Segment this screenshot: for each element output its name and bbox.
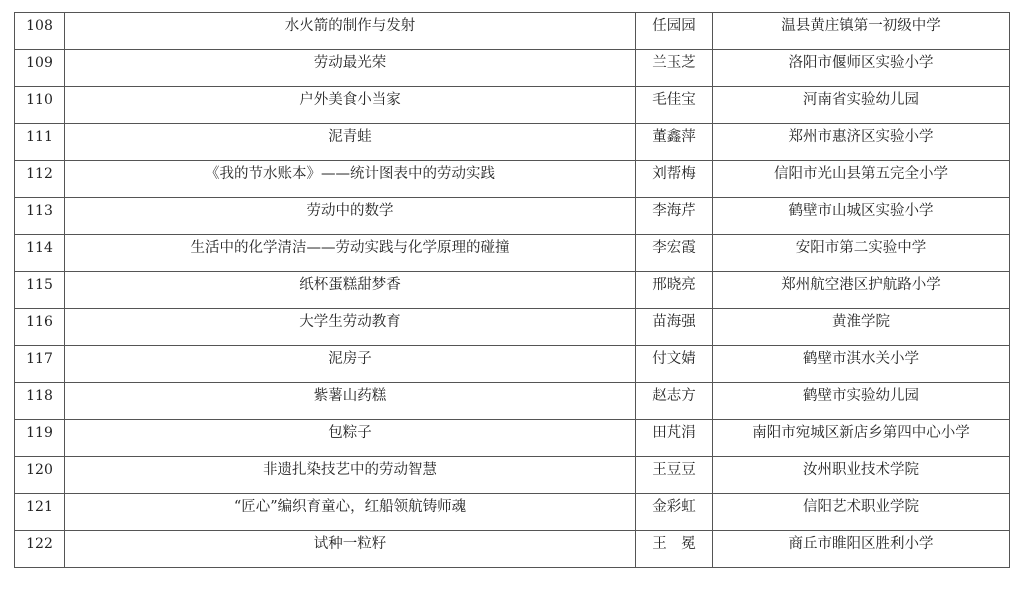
work-title: 水火箭的制作与发射	[65, 13, 636, 50]
work-title: 劳动最光荣	[65, 50, 636, 87]
work-title: “匠心”编织育童心，红船领航铸师魂	[65, 494, 636, 531]
row-number: 116	[15, 309, 65, 346]
work-title: 试种一粒籽	[65, 531, 636, 568]
row-number: 119	[15, 420, 65, 457]
author-name: 兰玉芝	[636, 50, 713, 87]
author-name: 毛佳宝	[636, 87, 713, 124]
table-row: 114 生活中的化学清洁——劳动实践与化学原理的碰撞 李宏霞 安阳市第二实验中学	[15, 235, 1010, 272]
organization: 郑州市惠济区实验小学	[713, 124, 1010, 161]
table-row: 119 包粽子 田芃涓 南阳市宛城区新店乡第四中心小学	[15, 420, 1010, 457]
row-number: 120	[15, 457, 65, 494]
row-number: 109	[15, 50, 65, 87]
author-name: 李海芹	[636, 198, 713, 235]
organization: 信阳市光山县第五完全小学	[713, 161, 1010, 198]
row-number: 108	[15, 13, 65, 50]
work-title: 泥青蛙	[65, 124, 636, 161]
author-name: 王 冕	[636, 531, 713, 568]
table-row: 111 泥青蛙 董鑫萍 郑州市惠济区实验小学	[15, 124, 1010, 161]
row-number: 114	[15, 235, 65, 272]
work-title: 非遗扎染技艺中的劳动智慧	[65, 457, 636, 494]
award-list-table: 108 水火箭的制作与发射 任园园 温县黄庄镇第一初级中学 109 劳动最光荣 …	[14, 12, 1010, 568]
organization: 鹤壁市淇水关小学	[713, 346, 1010, 383]
table-row: 120 非遗扎染技艺中的劳动智慧 王豆豆 汝州职业技术学院	[15, 457, 1010, 494]
author-name: 苗海强	[636, 309, 713, 346]
table-row: 122 试种一粒籽 王 冕 商丘市睢阳区胜利小学	[15, 531, 1010, 568]
row-number: 113	[15, 198, 65, 235]
organization: 温县黄庄镇第一初级中学	[713, 13, 1010, 50]
organization: 商丘市睢阳区胜利小学	[713, 531, 1010, 568]
organization: 郑州航空港区护航路小学	[713, 272, 1010, 309]
author-name: 付文婧	[636, 346, 713, 383]
work-title: 紫薯山药糕	[65, 383, 636, 420]
organization: 鹤壁市实验幼儿园	[713, 383, 1010, 420]
row-number: 112	[15, 161, 65, 198]
table-row: 121 “匠心”编织育童心，红船领航铸师魂 金彩虹 信阳艺术职业学院	[15, 494, 1010, 531]
table-row: 109 劳动最光荣 兰玉芝 洛阳市偃师区实验小学	[15, 50, 1010, 87]
table-body: 108 水火箭的制作与发射 任园园 温县黄庄镇第一初级中学 109 劳动最光荣 …	[15, 13, 1010, 568]
table-row: 118 紫薯山药糕 赵志方 鹤壁市实验幼儿园	[15, 383, 1010, 420]
author-name: 李宏霞	[636, 235, 713, 272]
author-name: 刘帮梅	[636, 161, 713, 198]
table-row: 116 大学生劳动教育 苗海强 黄淮学院	[15, 309, 1010, 346]
organization: 洛阳市偃师区实验小学	[713, 50, 1010, 87]
table-row: 112 《我的节水账本》——统计图表中的劳动实践 刘帮梅 信阳市光山县第五完全小…	[15, 161, 1010, 198]
work-title: 包粽子	[65, 420, 636, 457]
author-name: 王豆豆	[636, 457, 713, 494]
table-row: 115 纸杯蛋糕甜梦香 邢晓亮 郑州航空港区护航路小学	[15, 272, 1010, 309]
work-title: 户外美食小当家	[65, 87, 636, 124]
row-number: 117	[15, 346, 65, 383]
author-name: 邢晓亮	[636, 272, 713, 309]
work-title: 泥房子	[65, 346, 636, 383]
organization: 安阳市第二实验中学	[713, 235, 1010, 272]
author-name: 金彩虹	[636, 494, 713, 531]
table-row: 117 泥房子 付文婧 鹤壁市淇水关小学	[15, 346, 1010, 383]
work-title: 大学生劳动教育	[65, 309, 636, 346]
author-name: 田芃涓	[636, 420, 713, 457]
work-title: 生活中的化学清洁——劳动实践与化学原理的碰撞	[65, 235, 636, 272]
organization: 黄淮学院	[713, 309, 1010, 346]
work-title: 劳动中的数学	[65, 198, 636, 235]
table-row: 113 劳动中的数学 李海芹 鹤壁市山城区实验小学	[15, 198, 1010, 235]
row-number: 111	[15, 124, 65, 161]
table-row: 110 户外美食小当家 毛佳宝 河南省实验幼儿园	[15, 87, 1010, 124]
row-number: 122	[15, 531, 65, 568]
author-name: 赵志方	[636, 383, 713, 420]
author-name: 董鑫萍	[636, 124, 713, 161]
row-number: 110	[15, 87, 65, 124]
work-title: 纸杯蛋糕甜梦香	[65, 272, 636, 309]
organization: 南阳市宛城区新店乡第四中心小学	[713, 420, 1010, 457]
author-name: 任园园	[636, 13, 713, 50]
row-number: 115	[15, 272, 65, 309]
organization: 信阳艺术职业学院	[713, 494, 1010, 531]
work-title: 《我的节水账本》——统计图表中的劳动实践	[65, 161, 636, 198]
row-number: 121	[15, 494, 65, 531]
organization: 鹤壁市山城区实验小学	[713, 198, 1010, 235]
table-row: 108 水火箭的制作与发射 任园园 温县黄庄镇第一初级中学	[15, 13, 1010, 50]
organization: 河南省实验幼儿园	[713, 87, 1010, 124]
organization: 汝州职业技术学院	[713, 457, 1010, 494]
row-number: 118	[15, 383, 65, 420]
